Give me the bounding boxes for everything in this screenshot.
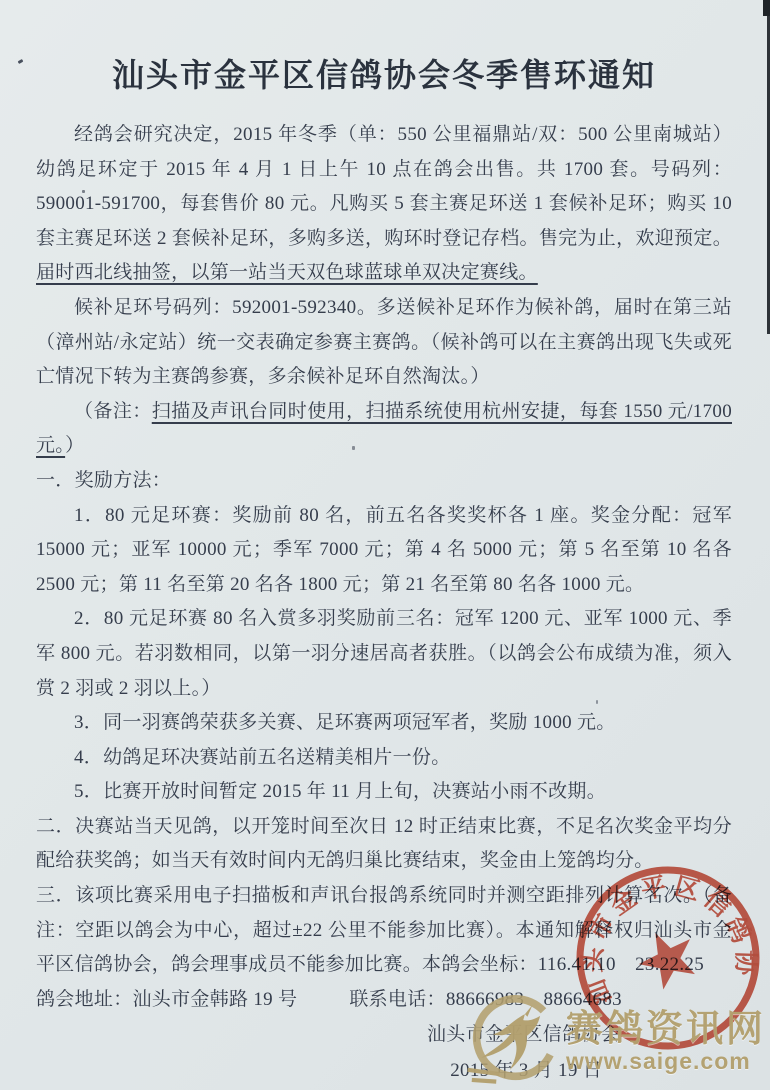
remark-suffix: ）: [65, 435, 84, 456]
page-title: 汕头市金平区信鸽协会冬季售环通知: [36, 50, 732, 96]
watermark-text: 赛鸽资讯网 www.saige.com: [566, 1011, 766, 1073]
pigeon-logo-icon: [444, 994, 562, 1090]
intro-underlined-text: 届时西北线抽签，以第一站当天双色球蓝球单双决定赛线。: [36, 262, 538, 283]
reward-item-2: 2．80 元足环赛 80 名入赏多羽奖励前三名：冠军 1200 元、亚军 100…: [36, 602, 732, 706]
reward-item-3: 3．同一羽赛鸽荣获多关赛、足环赛两项冠军者，奖励 1000 元。: [36, 706, 732, 741]
reward-item-4: 4．幼鸽足环决赛站前五名送精美相片一份。: [36, 741, 732, 776]
scan-speck: [352, 446, 355, 450]
watermark-site-name: 赛鸽资讯网: [566, 1011, 766, 1048]
star-icon: [630, 920, 705, 994]
scan-speck: [596, 700, 598, 704]
reward-item-5: 5．比赛开放时间暂定 2015 年 11 月上旬，决赛站小雨不改期。: [36, 775, 732, 810]
association-address: 鸽会地址：汕头市金韩路 19 号: [36, 989, 297, 1010]
scan-corner-artifact: [763, 0, 770, 16]
standby-ring-paragraph: 候补足环号码列：592001-592340。多送候补足环作为候补鸽，届时在第三站…: [36, 291, 732, 395]
reward-item-1: 1．80 元足环赛：奖励前 80 名，前五名各奖奖杯各 1 座。奖金分配：冠军 …: [36, 499, 732, 603]
remark-paragraph: （备注：扫描及声讯台同时使用，扫描系统使用杭州安捷，每套 1550 元/1700…: [36, 395, 732, 464]
section1-heading: 一．奖励方法：: [36, 464, 732, 499]
intro-text: 经鸽会研究决定，2015 年冬季（单：550 公里福鼎站/双：500 公里南城站…: [36, 124, 732, 249]
scan-speck: [82, 190, 85, 193]
remark-prefix: （备注：: [74, 401, 152, 422]
intro-paragraph: 经鸽会研究决定，2015 年冬季（单：550 公里福鼎站/双：500 公里南城站…: [36, 118, 732, 291]
scan-speck: [18, 59, 24, 64]
watermark: 赛鸽资讯网 www.saige.com: [444, 994, 768, 1090]
watermark-site-url: www.saige.com: [566, 1050, 766, 1073]
scanned-notice-page: 汕头市金平区信鸽协会冬季售环通知 经鸽会研究决定，2015 年冬季（单：550 …: [0, 0, 770, 1090]
